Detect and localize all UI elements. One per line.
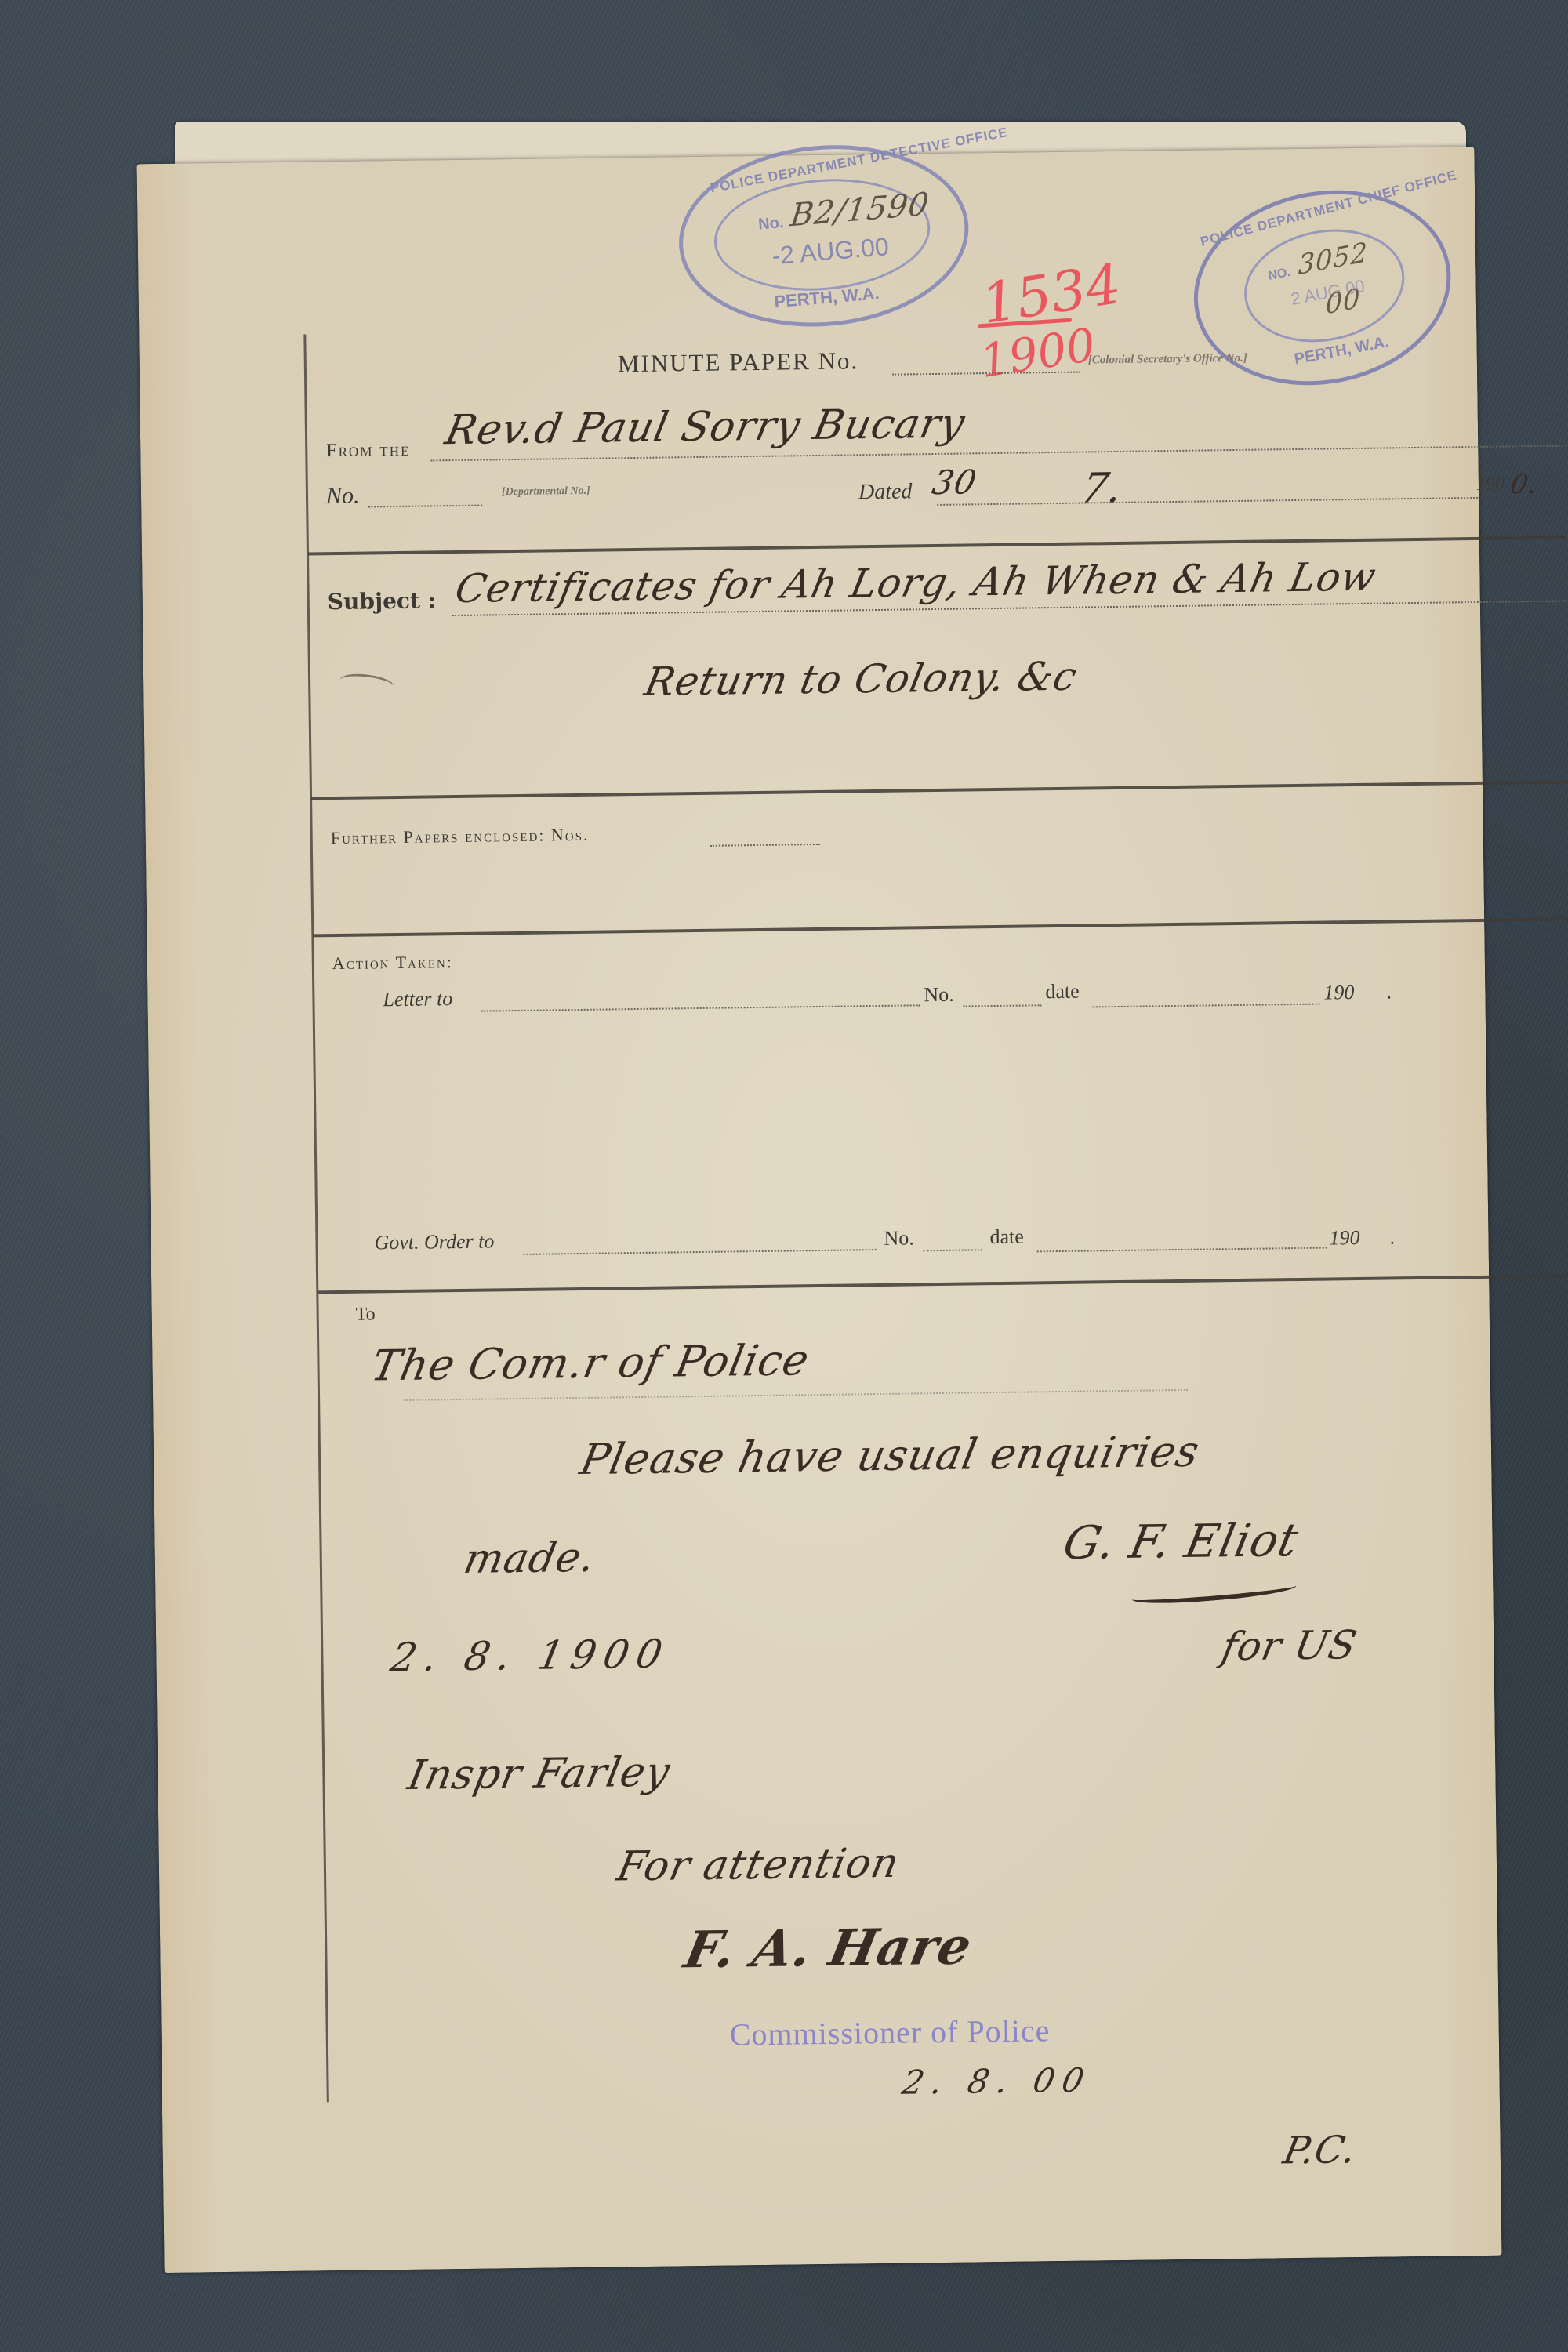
letter-period: .: [1386, 980, 1392, 1004]
dated-year-prefix: 190: [1476, 474, 1504, 495]
commissioner-signature: F. A. Hare: [680, 1917, 977, 1980]
section-divider: [313, 917, 1568, 937]
further-papers-label: Further Papers enclosed: Nos.: [331, 825, 590, 848]
govt-order-date-label: date: [989, 1225, 1024, 1250]
letter-no-field: [964, 1004, 1042, 1007]
no-label: No.: [326, 483, 360, 510]
letter-no-label: No.: [924, 983, 954, 1007]
section-divider: [308, 535, 1566, 555]
stamp-no-label: No.: [757, 214, 784, 234]
dated-month: 7.: [1077, 465, 1127, 513]
minute-line1: Please have usual enquiries: [576, 1427, 1204, 1484]
stamp-date-handwritten: 00: [1325, 282, 1360, 321]
action-taken-label: Action Taken:: [332, 952, 453, 974]
detective-office-stamp: POLICE DEPARTMENT DETECTIVE OFFICE No. B…: [672, 134, 976, 338]
subject-line1: Certificates for Ah Lorg, Ah When & Ah L…: [452, 554, 1381, 612]
date-line-2: 2. 8. 00: [899, 2060, 1095, 2101]
departmental-no-label: [Departmental No.]: [502, 485, 590, 499]
section-divider: [318, 1274, 1568, 1294]
govt-order-label: Govt. Order to: [374, 1229, 494, 1254]
date-line-1: 2. 8. 1900: [387, 1631, 674, 1680]
letter-date-label: date: [1045, 980, 1080, 1004]
from-value: Rev.d Paul Sorry Bucary: [441, 400, 969, 454]
signature-flourish: [1131, 1578, 1297, 1607]
form-title: MINUTE PAPER No.: [618, 347, 859, 378]
dated-field: [937, 497, 1478, 506]
initials: P.C.: [1279, 2128, 1360, 2172]
commissioner-stamp: Commissioner of Police: [729, 2012, 1050, 2053]
chief-office-stamp: POLICE DEPARTMENT CHIEF OFFICE NO. 3052 …: [1178, 169, 1468, 406]
to-label: To: [356, 1304, 376, 1325]
further-papers-field: [710, 844, 820, 847]
govt-order-no-label: No.: [884, 1226, 914, 1250]
instruction-text: For attention: [613, 1840, 903, 1891]
subject-line2: Return to Colony. &c: [641, 654, 1081, 705]
colonial-office-label: [Colonial Secretary's Office No.]: [1088, 352, 1247, 368]
dated-day: 30: [929, 463, 980, 502]
signature-suffix: for US: [1218, 1622, 1361, 1669]
instruction-to: Inspr Farley: [404, 1748, 674, 1799]
dated-label: Dated: [858, 479, 913, 505]
no-field: [368, 505, 482, 508]
govt-order-year-label: 190: [1329, 1226, 1359, 1250]
subject-label: Subject :: [328, 587, 437, 615]
addressee-field: [404, 1389, 1188, 1401]
govt-order-field: [524, 1249, 877, 1255]
letter-to-field: [481, 1004, 920, 1011]
govt-order-period: .: [1389, 1225, 1395, 1249]
addressee: The Com.r of Police: [367, 1335, 814, 1390]
pencil-mark: [339, 671, 395, 696]
minute-line2: made.: [460, 1534, 600, 1583]
letter-year-label: 190: [1323, 981, 1354, 1005]
from-label: From the: [326, 440, 410, 462]
secretary-signature: G. F. Eliot: [1059, 1513, 1303, 1570]
govt-order-no-field: [924, 1249, 982, 1251]
dated-year-suffix: 0.: [1508, 469, 1541, 501]
letter-date-field: [1093, 1004, 1320, 1008]
govt-order-date-field: [1037, 1247, 1327, 1253]
section-divider: [311, 780, 1568, 800]
left-margin-rule: [303, 334, 329, 2102]
minute-paper-sheet: POLICE DEPARTMENT DETECTIVE OFFICE No. B…: [136, 147, 1501, 2273]
letter-to-label: Letter to: [383, 987, 452, 1011]
